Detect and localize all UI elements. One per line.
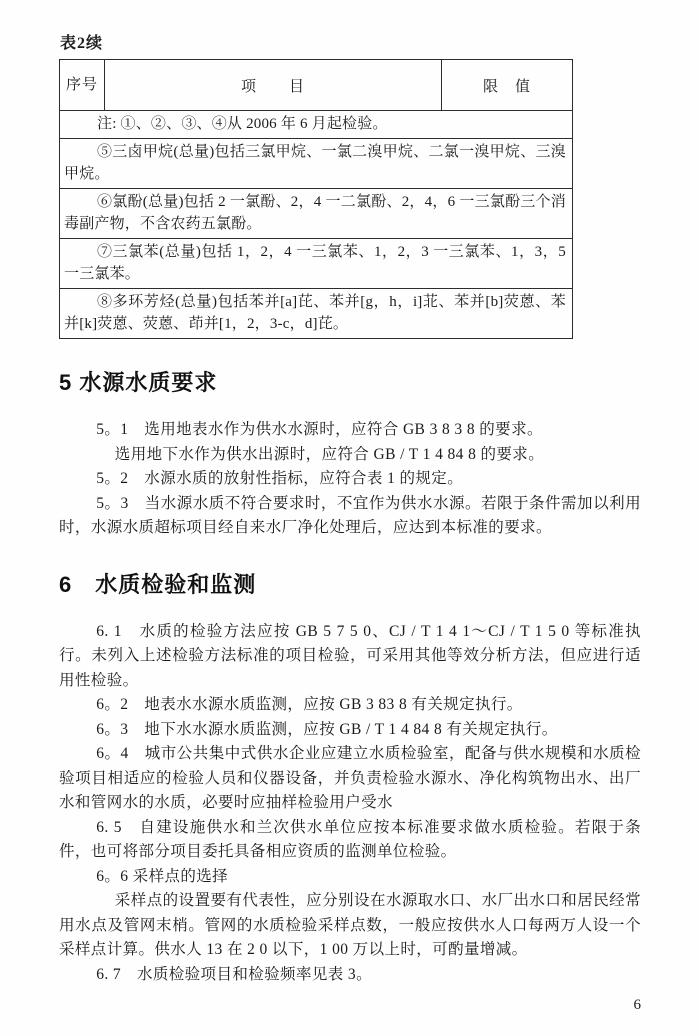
paragraph-6-4: 6。4 城市公共集中式供水企业应建立水质检验室，配备与供水规模和水质检验项目相适… <box>59 742 641 816</box>
paragraph-5-1: 5。1 选用地表水作为供水水源时，应符合 GB 3 8 3 8 的要求。 <box>59 418 641 443</box>
table-note-row: 注: ①、②、③、④从 2006 年 6 月起检验。 <box>60 111 573 139</box>
section-5-heading: 5 水源水质要求 <box>59 366 641 397</box>
paragraph-5-1-continued: 选用地下水作为供水出源时，应符合 GB / T 1 4 84 8 的要求。 <box>59 443 641 468</box>
page-content: 表2续 序号 项 目 限 值 注: ①、②、③、④从 2006 年 6 月起检验… <box>59 30 641 987</box>
section-6-heading: 6 水质检验和监测 <box>59 568 641 599</box>
section-6-inspection-and-monitoring: 6 水质检验和监测 6. 1 水质的检验方法应按 GB 5 7 5 0、CJ /… <box>59 568 641 988</box>
note-text-7: ⑦三氯苯(总量)包括 1，2，4 一三氯苯、1，2，3 一三氯苯、1，3，5 一… <box>60 239 573 289</box>
paragraph-6-6: 6。6 采样点的选择 <box>59 865 641 890</box>
paragraph-5-3: 5。3 当水源水质不符合要求时，不宜作为供水水源。若限于条件需加以利用时，水源水… <box>59 492 641 541</box>
paragraph-5-2: 5。2 水源水质的放射性指标，应符合表 1 的规定。 <box>59 467 641 492</box>
table-note-row: ⑧多环芳烃(总量)包括苯并[a]芘、苯并[g，h，i]苝、苯并[b]荧蒽、苯并[… <box>60 289 573 339</box>
paragraph-6-7: 6. 7 水质检验项目和检验频率见表 3。 <box>59 963 641 988</box>
column-header-serial-number: 序号 <box>60 60 105 111</box>
paragraph-6-5: 6. 5 自建设施供水和兰次供水单位应按本标准要求做水质检验。若限于条件，也可将… <box>59 816 641 865</box>
table-note-row: ⑦三氯苯(总量)包括 1，2，4 一三氯苯、1，2，3 一三氯苯、1，3，5 一… <box>60 239 573 289</box>
table-caption: 表2续 <box>60 30 641 53</box>
note-text-8: ⑧多环芳烃(总量)包括苯并[a]芘、苯并[g，h，i]苝、苯并[b]荧蒽、苯并[… <box>60 289 573 339</box>
column-header-item: 项 目 <box>105 60 442 111</box>
note-text-1: 注: ①、②、③、④从 2006 年 6 月起检验。 <box>60 111 573 139</box>
paragraph-6-3: 6。3 地下水水源水质监测，应按 GB / T 1 4 84 8 有关规定执行。 <box>59 718 641 743</box>
table-note-row: ⑥氯酚(总量)包括 2 一氯酚、2，4 一二氯酚、2，4，6 一三氯酚三个消毒副… <box>60 189 573 239</box>
paragraph-6-2: 6。2 地表水水源水质监测，应按 GB 3 83 8 有关规定执行。 <box>59 693 641 718</box>
table-note-row: ⑤三卤甲烷(总量)包括三氯甲烷、一氯二溴甲烷、二氯一溴甲烷、三溴甲烷。 <box>60 139 573 189</box>
note-text-5: ⑤三卤甲烷(总量)包括三氯甲烷、一氯二溴甲烷、二氯一溴甲烷、三溴甲烷。 <box>60 139 573 189</box>
table-header-row: 序号 项 目 限 值 <box>60 60 573 111</box>
limits-table: 序号 项 目 限 值 注: ①、②、③、④从 2006 年 6 月起检验。 ⑤三… <box>59 59 573 339</box>
note-text-6: ⑥氯酚(总量)包括 2 一氯酚、2，4 一二氯酚、2，4，6 一三氯酚三个消毒副… <box>60 189 573 239</box>
paragraph-6-1: 6. 1 水质的检验方法应按 GB 5 7 5 0、CJ / T 1 4 1～C… <box>59 620 641 694</box>
column-header-limit: 限 值 <box>442 60 573 111</box>
document-page: 表2续 序号 项 目 限 值 注: ①、②、③、④从 2006 年 6 月起检验… <box>0 0 699 1036</box>
paragraph-6-6-sampling-points: 采样点的设置要有代表性，应分别设在水源取水口、水厂出水口和居民经常用水点及管网末… <box>59 889 641 963</box>
page-number: 6 <box>634 997 642 1014</box>
section-5-water-source-quality: 5 水源水质要求 5。1 选用地表水作为供水水源时，应符合 GB 3 8 3 8… <box>59 366 641 541</box>
